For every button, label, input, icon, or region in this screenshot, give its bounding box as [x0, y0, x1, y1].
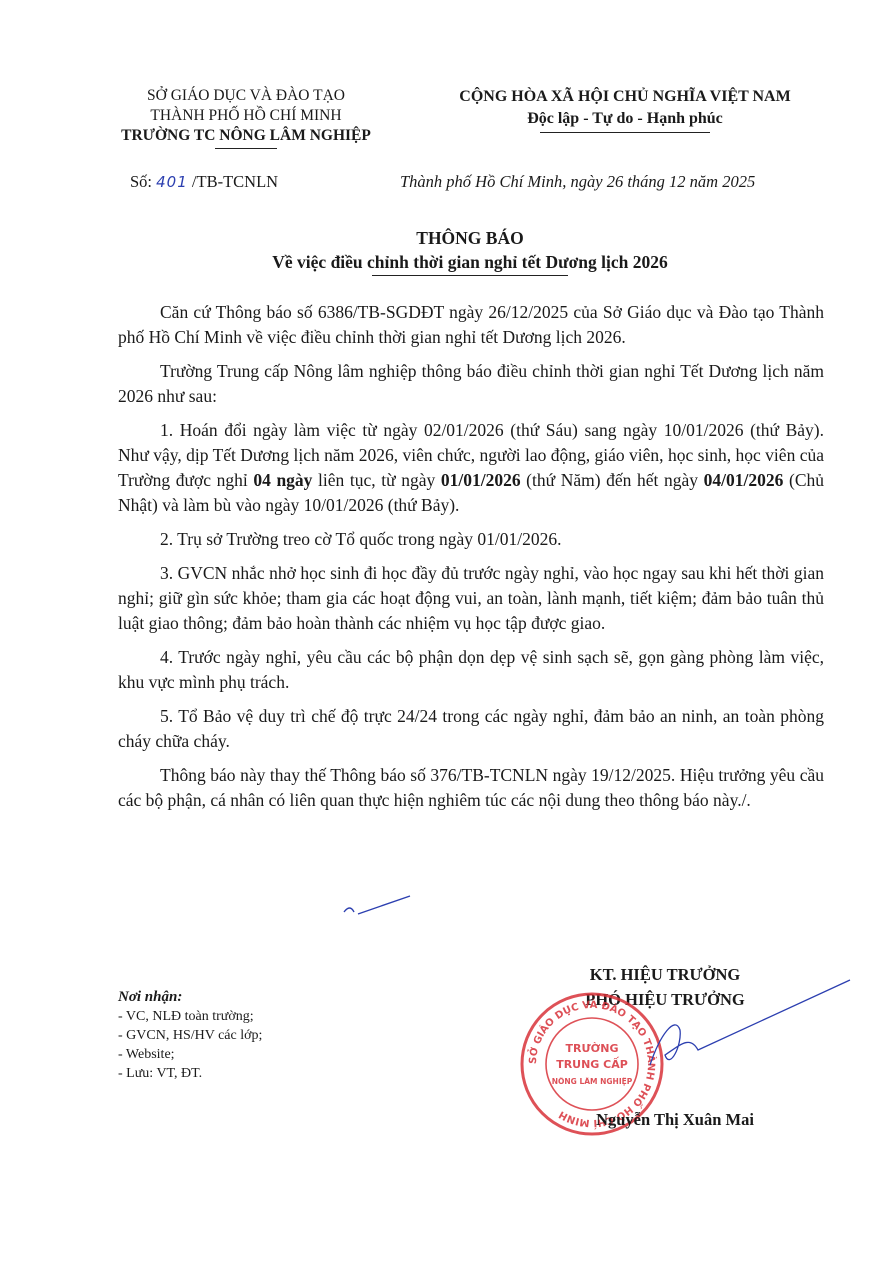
number-suffix: /TB-TCNLN	[192, 172, 278, 191]
national-motto: Độc lập - Tự do - Hạnh phúc	[410, 108, 840, 130]
national-header: CỘNG HÒA XÃ HỘI CHỦ NGHĨA VIỆT NAM Độc l…	[410, 86, 840, 133]
divider	[372, 275, 568, 276]
handwritten-signature-icon	[620, 975, 860, 1085]
bold-text: 04/01/2026	[704, 470, 784, 490]
paragraph-basis: Căn cứ Thông báo số 6386/TB-SGDĐT ngày 2…	[118, 300, 824, 350]
paragraph-closing: Thông báo này thay thế Thông báo số 376/…	[118, 763, 824, 813]
svg-text:TRUNG CẤP: TRUNG CẤP	[556, 1056, 628, 1071]
school-name: TRƯỜNG TC NÔNG LÂM NGHIỆP	[100, 126, 392, 146]
bold-text: 04 ngày	[253, 470, 312, 490]
recipients-list: Nơi nhận: - VC, NLĐ toàn trường; - GVCN,…	[118, 988, 398, 1083]
agency-line-2: THÀNH PHỐ HỒ CHÍ MINH	[100, 106, 392, 126]
handwritten-number: 401	[156, 173, 188, 191]
text: (thứ Năm) đến hết ngày	[521, 470, 704, 490]
recipient-item: - Website;	[118, 1045, 398, 1064]
document-title: THÔNG BÁO Về việc điều chỉnh thời gian n…	[100, 226, 840, 276]
issuing-agency-header: SỞ GIÁO DỤC VÀ ĐÀO TẠO THÀNH PHỐ HỒ CHÍ …	[100, 86, 392, 149]
signer-name: Nguyễn Thị Xuân Mai	[560, 1110, 790, 1130]
paragraph-item-4: 4. Trước ngày nghỉ, yêu cầu các bộ phận …	[118, 645, 824, 695]
paragraph-intro: Trường Trung cấp Nông lâm nghiệp thông b…	[118, 359, 824, 409]
number-prefix: Số:	[130, 172, 152, 191]
title-main: THÔNG BÁO	[100, 226, 840, 250]
text: liên tục, từ ngày	[312, 470, 440, 490]
title-subtitle: Về việc điều chỉnh thời gian nghỉ tết Dư…	[100, 250, 840, 274]
recipient-item: - VC, NLĐ toàn trường;	[118, 1007, 398, 1026]
recipients-heading: Nơi nhận:	[118, 988, 398, 1007]
agency-line-1: SỞ GIÁO DỤC VÀ ĐÀO TẠO	[100, 86, 392, 106]
issue-date: Thành phố Hồ Chí Minh, ngày 26 tháng 12 …	[400, 172, 830, 192]
paragraph-item-1: 1. Hoán đổi ngày làm việc từ ngày 02/01/…	[118, 418, 824, 518]
divider	[215, 148, 277, 149]
initial-mark-icon	[340, 890, 420, 920]
recipient-item: - GVCN, HS/HV các lớp;	[118, 1026, 398, 1045]
divider	[540, 132, 710, 133]
svg-text:TRƯỜNG: TRƯỜNG	[565, 1042, 618, 1055]
document-number: Số: 401 /TB-TCNLN	[130, 172, 278, 192]
bold-text: 01/01/2026	[441, 470, 521, 490]
recipient-item: - Lưu: VT, ĐT.	[118, 1064, 398, 1083]
paragraph-item-2: 2. Trụ sở Trường treo cờ Tổ quốc trong n…	[118, 527, 824, 552]
paragraph-item-3: 3. GVCN nhắc nhở học sinh đi học đầy đủ …	[118, 561, 824, 636]
paragraph-item-5: 5. Tổ Bảo vệ duy trì chế độ trực 24/24 t…	[118, 704, 824, 754]
national-title: CỘNG HÒA XÃ HỘI CHỦ NGHĨA VIỆT NAM	[410, 86, 840, 108]
document-body: Căn cứ Thông báo số 6386/TB-SGDĐT ngày 2…	[118, 300, 824, 822]
